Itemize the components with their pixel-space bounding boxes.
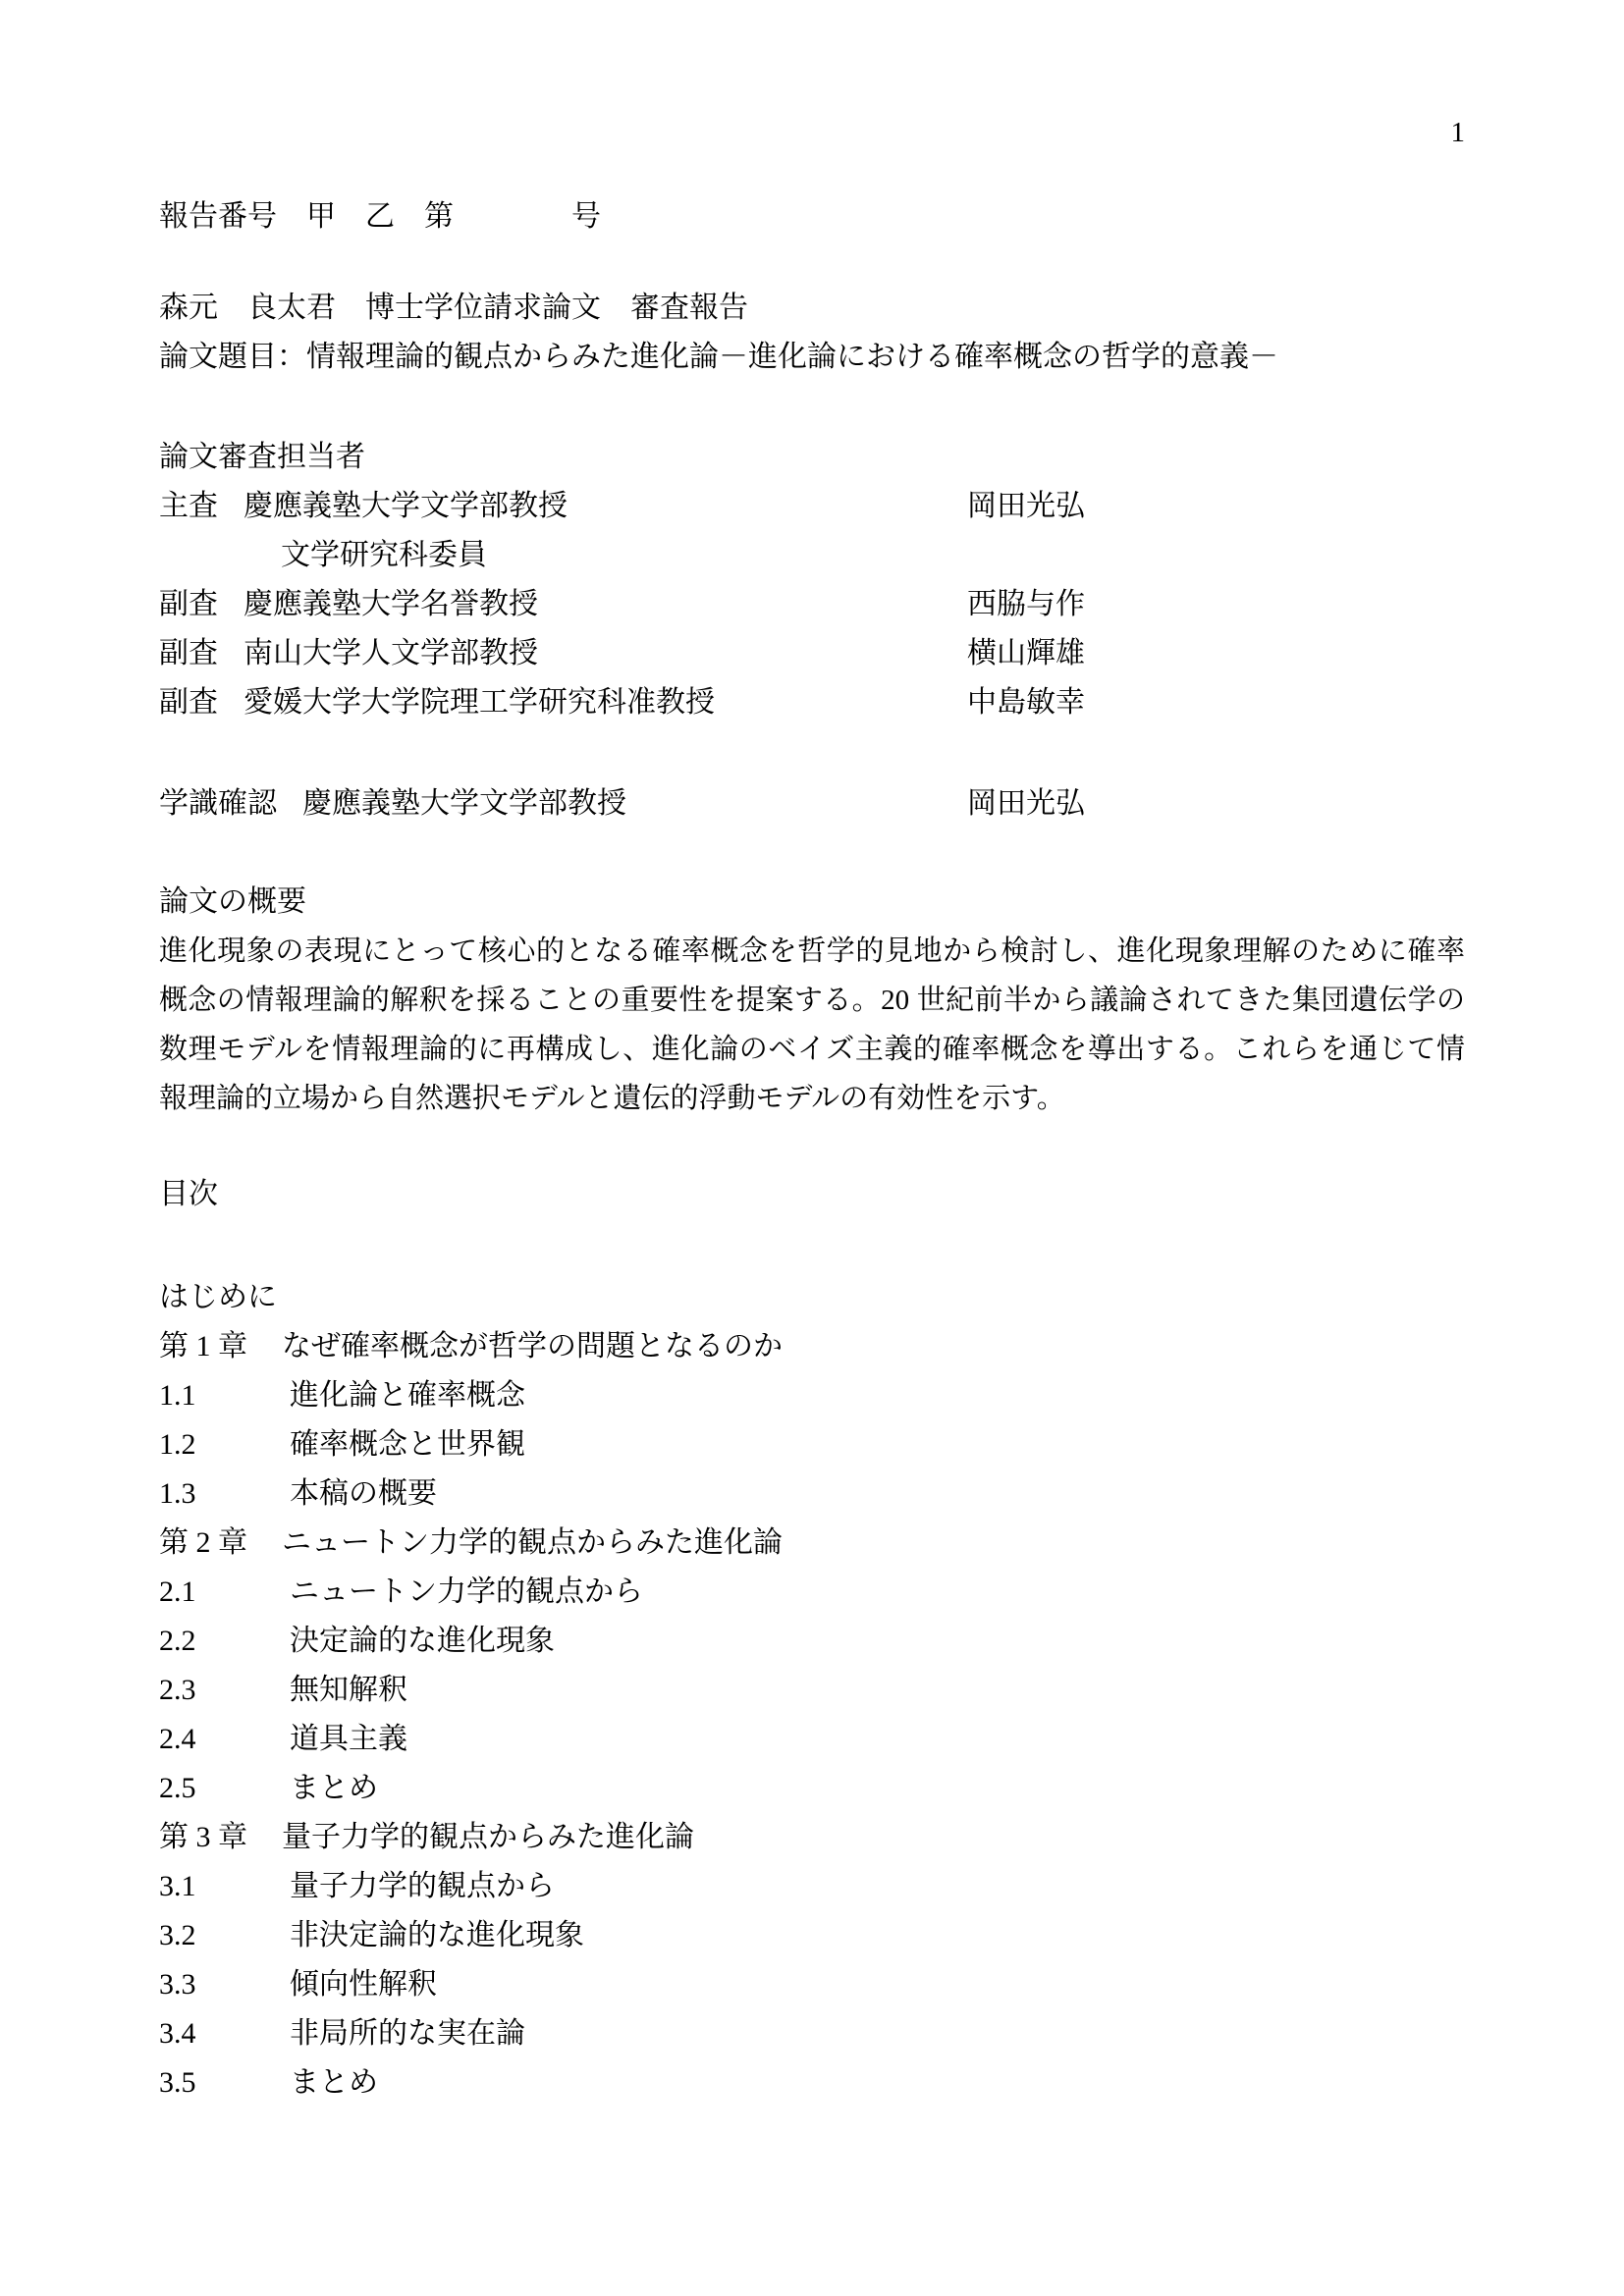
- member-name: 岡田光弘: [967, 779, 1085, 828]
- toc-entry-label: 2.4: [159, 1715, 290, 1764]
- toc-entry: 2.3無知解釈: [159, 1666, 1465, 1715]
- summary-heading: 論文の概要: [159, 878, 1465, 927]
- committee-row-deputy-1: 副査慶應義塾大学名誉教授 西脇与作: [159, 580, 1465, 629]
- toc-entry-title: 非決定論的な進化現象: [290, 1911, 584, 1960]
- toc-entry: 1.3本稿の概要: [159, 1469, 1465, 1519]
- toc-entry-label: 2.3: [159, 1666, 290, 1715]
- summary-paragraph-line: 数理モデルを情報理論的に再構成し、進化論のベイズ主義的確率概念を導出する。これら…: [159, 1025, 1465, 1074]
- toc-entry-label: 1.1: [159, 1371, 290, 1420]
- toc-entry: 第 1 章なぜ確率概念が哲学の問題となるのか: [159, 1322, 1465, 1371]
- toc-entry-title: はじめに: [159, 1273, 277, 1322]
- role-label: 主査: [159, 482, 218, 531]
- affiliation-text: 慶應義塾大学文学部教授: [302, 779, 626, 828]
- toc-entry-title: 無知解釈: [290, 1666, 407, 1715]
- affiliation-text: 慶應義塾大学文学部教授: [244, 482, 568, 531]
- toc-entry-label: 2.5: [159, 1764, 290, 1813]
- affiliation-text: 愛媛大学大学院理工学研究科准教授: [244, 678, 715, 727]
- affiliation-text: 慶應義塾大学名誉教授: [244, 580, 538, 629]
- toc-entry-title: 確率概念と世界観: [290, 1420, 525, 1469]
- committee-row-deputy-3: 副査愛媛大学大学院理工学研究科准教授 中島敏幸: [159, 678, 1465, 727]
- toc-entry-label: 第 3 章: [159, 1813, 282, 1862]
- candidate-line: 森元 良太君 博士学位請求論文 審査報告: [159, 284, 1465, 333]
- report-number-line: 報告番号 甲 乙 第 号: [159, 192, 1465, 241]
- toc-entry: はじめに: [159, 1273, 1465, 1322]
- toc-entry-label: 3.5: [159, 2058, 290, 2108]
- toc-entry-title: 傾向性解釈: [290, 1960, 437, 2009]
- toc-entry: 2.5まとめ: [159, 1764, 1465, 1813]
- toc-entry: 第 3 章量子力学的観点からみた進化論: [159, 1813, 1465, 1862]
- toc-entry: 2.2決定論的な進化現象: [159, 1617, 1465, 1666]
- role-label: 副査: [159, 580, 218, 629]
- toc-entry-title: 非局所的な実在論: [290, 2009, 525, 2058]
- toc-entry-label: 2.2: [159, 1617, 290, 1666]
- document-page: 1 報告番号 甲 乙 第 号 森元 良太君 博士学位請求論文 審査報告 論文題目…: [0, 0, 1624, 2296]
- toc-entry: 3.3傾向性解釈: [159, 1960, 1465, 2009]
- member-name: 岡田光弘: [967, 482, 1085, 531]
- page-number: 1: [159, 108, 1465, 157]
- committee-row-deputy-2: 副査南山大学人文学部教授 横山輝雄: [159, 629, 1465, 678]
- toc-entry-title: ニュートン力学的観点から: [290, 1568, 643, 1617]
- summary-paragraph-line: 進化現象の表現にとって核心的となる確率概念を哲学的見地から検討し、進化現象理解の…: [159, 927, 1465, 976]
- credential-check-row: 学識確認慶應義塾大学文学部教授 岡田光弘: [159, 779, 1465, 828]
- affiliation-text: 南山大学人文学部教授: [244, 629, 538, 678]
- toc-entry-title: 道具主義: [290, 1715, 407, 1764]
- toc-entry-label: 1.2: [159, 1420, 290, 1469]
- role-label: 副査: [159, 629, 218, 678]
- toc-entry: 1.2確率概念と世界観: [159, 1420, 1465, 1469]
- credential-check-label: 学識確認: [159, 779, 277, 828]
- summary-paragraph-line: 概念の情報理論的解釈を採ることの重要性を提案する。20 世紀前半から議論されてき…: [159, 976, 1465, 1025]
- toc-entry: 2.1ニュートン力学的観点から: [159, 1568, 1465, 1617]
- toc-entry-title: ニュートン力学的観点からみた進化論: [282, 1519, 783, 1568]
- toc-entry: 1.1進化論と確率概念: [159, 1371, 1465, 1420]
- member-name: 中島敏幸: [967, 678, 1085, 727]
- toc-entry-label: 1.3: [159, 1469, 290, 1519]
- toc-entry-title: まとめ: [290, 2058, 378, 2108]
- summary-paragraph-line: 報理論的立場から自然選択モデルと遺伝的浮動モデルの有効性を示す。: [159, 1074, 1465, 1123]
- toc-entry-title: 量子力学的観点からみた進化論: [282, 1813, 694, 1862]
- toc-entry-title: 量子力学的観点から: [290, 1862, 555, 1911]
- toc-entry: 第 2 章ニュートン力学的観点からみた進化論: [159, 1519, 1465, 1568]
- toc-entry-label: 3.4: [159, 2009, 290, 2058]
- toc-entry: 3.1量子力学的観点から: [159, 1862, 1465, 1911]
- toc-entry-label: 3.1: [159, 1862, 290, 1911]
- toc-entry-title: なぜ確率概念が哲学の問題となるのか: [282, 1322, 783, 1371]
- toc-entry-title: 進化論と確率概念: [290, 1371, 525, 1420]
- toc-entry: 2.4道具主義: [159, 1715, 1465, 1764]
- toc-entry-title: 決定論的な進化現象: [290, 1617, 555, 1666]
- toc-entry: 3.4非局所的な実在論: [159, 2009, 1465, 2058]
- toc-list: はじめに 第 1 章なぜ確率概念が哲学の問題となるのか 1.1進化論と確率概念 …: [159, 1273, 1465, 2108]
- toc-entry-label: 2.1: [159, 1568, 290, 1617]
- toc-entry-title: 本稿の概要: [290, 1469, 437, 1519]
- role-label: 副査: [159, 678, 218, 727]
- toc-entry: 3.5まとめ: [159, 2058, 1465, 2108]
- toc-entry: 3.2非決定論的な進化現象: [159, 1911, 1465, 1960]
- affiliation-secondary: 文学研究科委員: [159, 531, 1465, 580]
- toc-entry-label: 3.2: [159, 1911, 290, 1960]
- member-name: 横山輝雄: [967, 629, 1085, 678]
- member-name: 西脇与作: [967, 580, 1085, 629]
- toc-entry-label: 第 2 章: [159, 1519, 282, 1568]
- committee-heading: 論文審査担当者: [159, 433, 1465, 482]
- toc-entry-label: 3.3: [159, 1960, 290, 2009]
- thesis-title-line: 論文題目：情報理論的観点からみた進化論－進化論における確率概念の哲学的意義－: [159, 333, 1465, 382]
- toc-heading: 目次: [159, 1170, 1465, 1219]
- toc-entry-title: まとめ: [290, 1764, 378, 1813]
- toc-entry-label: 第 1 章: [159, 1322, 282, 1371]
- summary-paragraph: 進化現象の表現にとって核心的となる確率概念を哲学的見地から検討し、進化現象理解の…: [159, 927, 1465, 1123]
- committee-row-chief: 主査慶應義塾大学文学部教授 岡田光弘: [159, 482, 1465, 531]
